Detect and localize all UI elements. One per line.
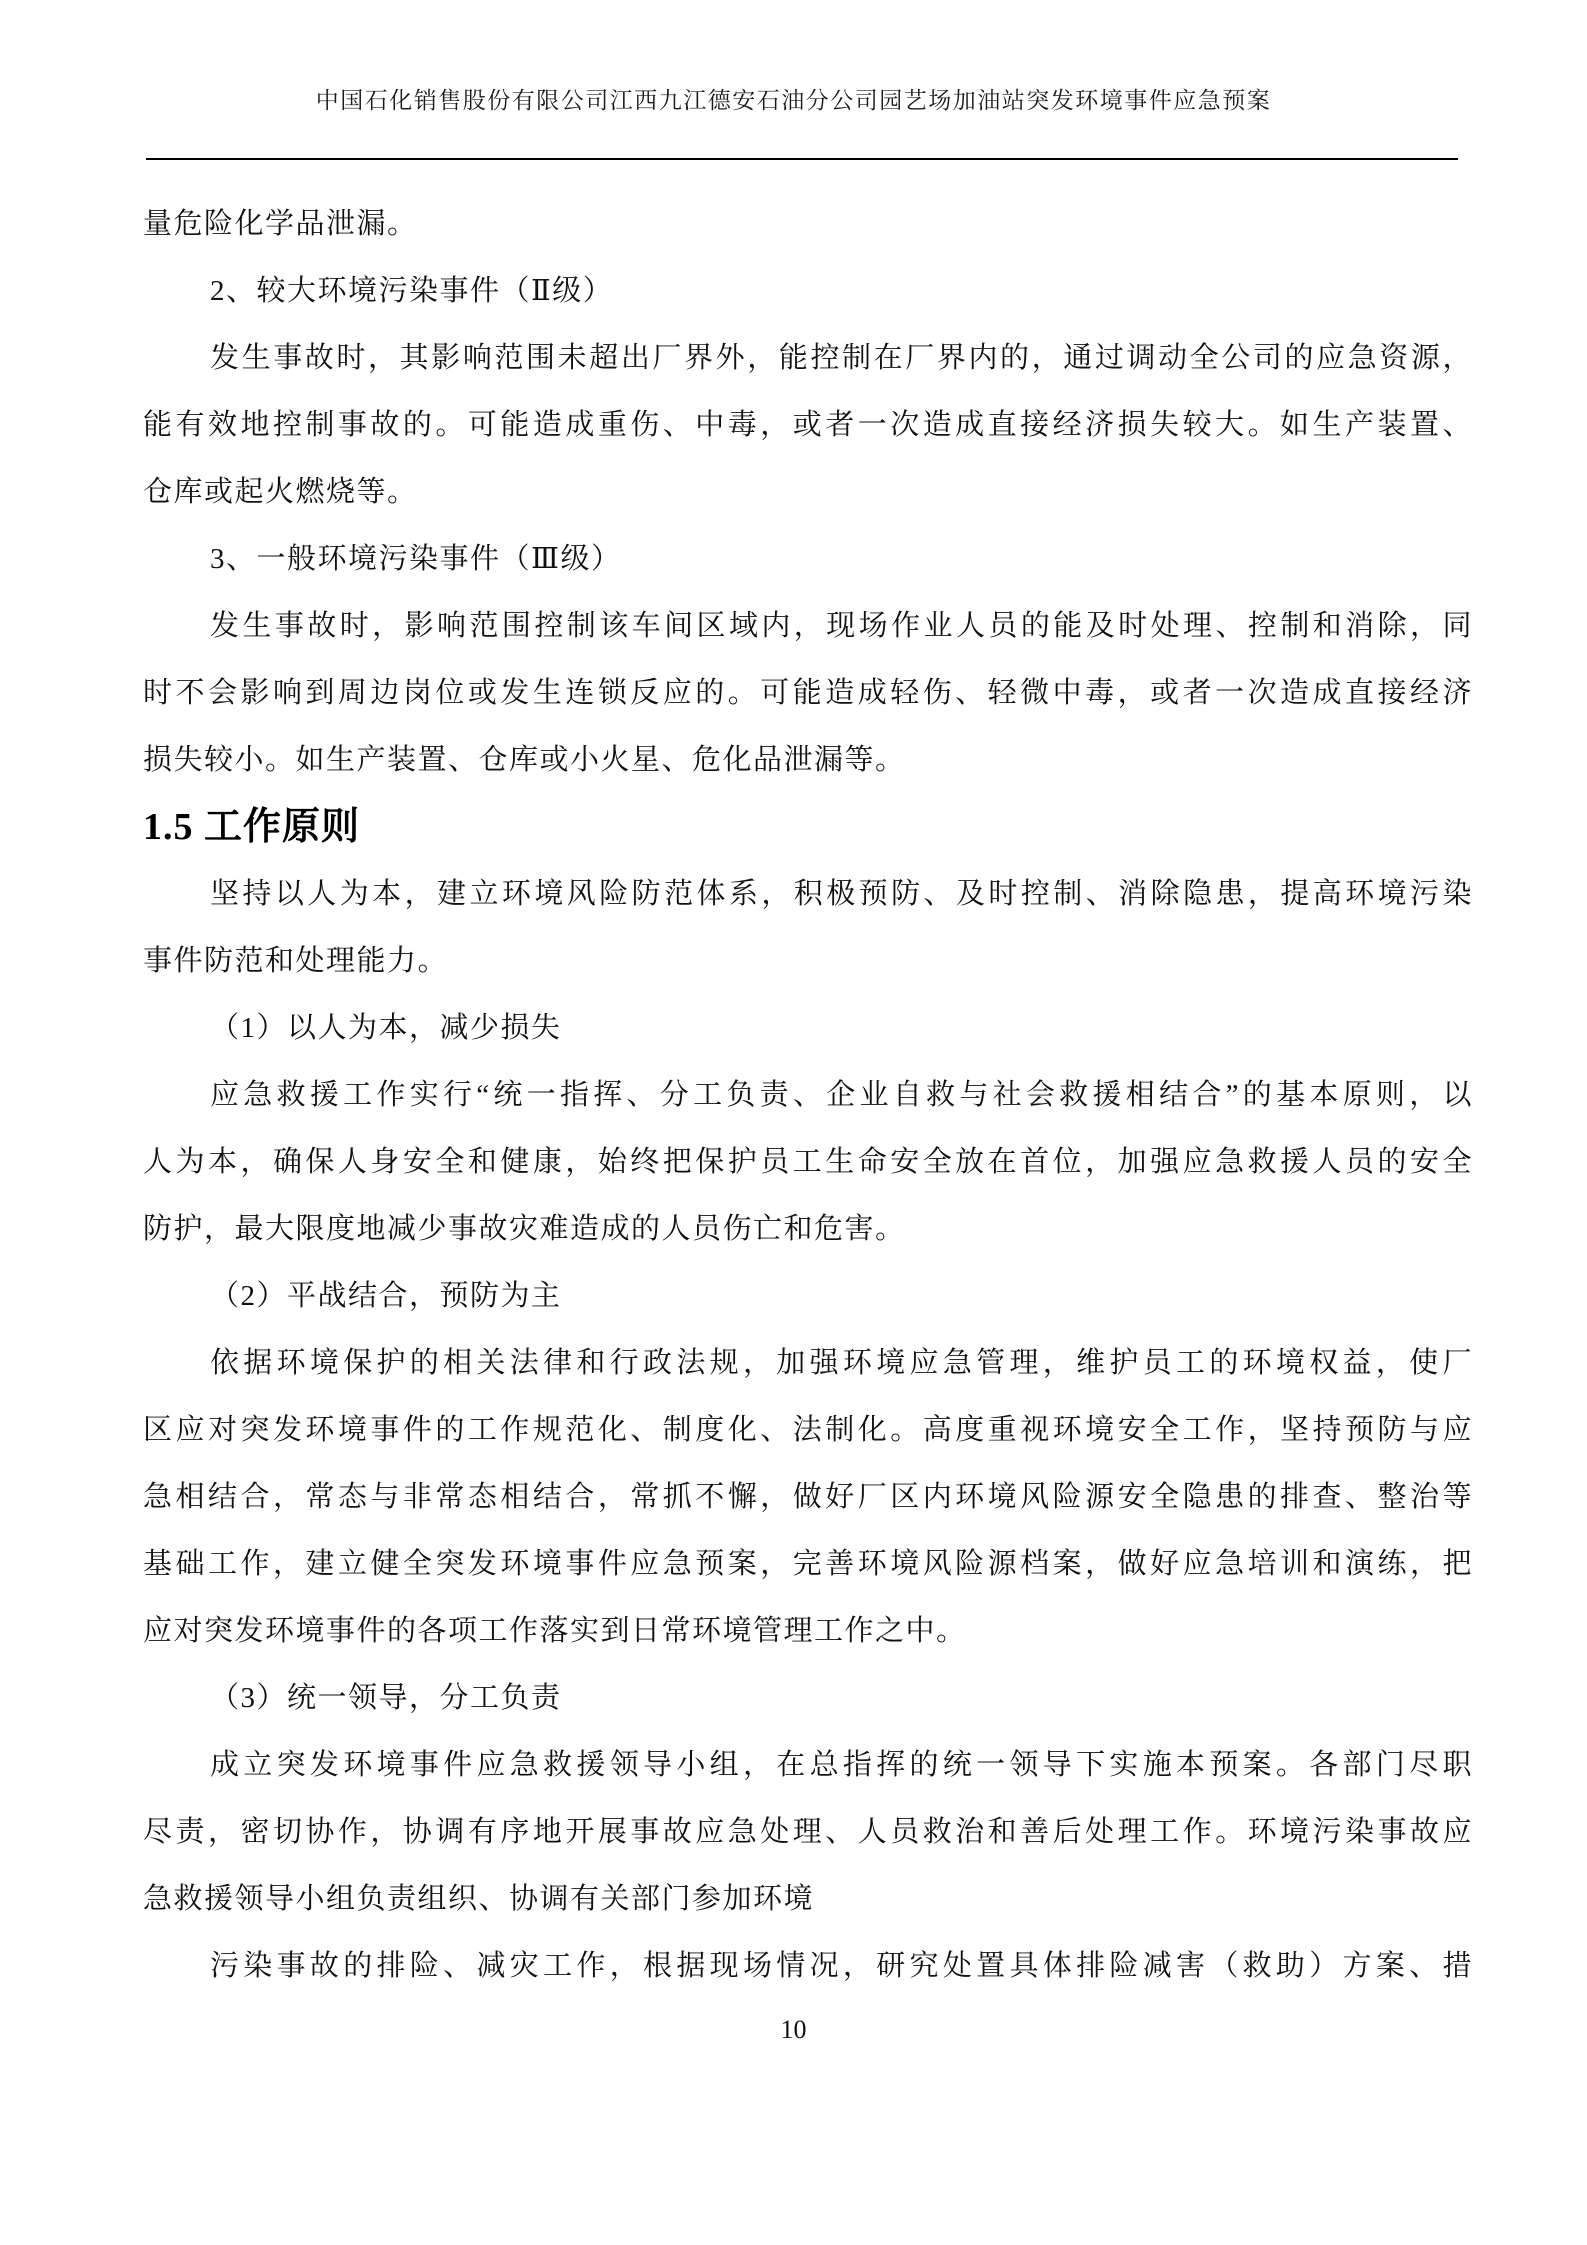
text-line: 防护，最大限度地减少事故灾难造成的人员伤亡和危害。 (143, 1196, 1473, 1263)
text-line: 仓库或起火燃烧等。 (143, 459, 1473, 526)
text-line: 尽责，密切协作，协调有序地开展事故应急处理、人员救治和善后处理工作。环境污染事故… (143, 1799, 1473, 1866)
document-page: 中国石化销售股份有限公司江西九江德安石油分公司园艺场加油站突发环境事件应急预案 … (0, 0, 1587, 2245)
text-line: 依据环境保护的相关法律和行政法规，加强环境应急管理，维护员工的环境权益，使厂 (143, 1330, 1473, 1397)
text-line: 发生事故时，影响范围控制该车间区域内，现场作业人员的能及时处理、控制和消除，同 (143, 593, 1473, 660)
text-line: 事件防范和处理能力。 (143, 928, 1473, 995)
text-line: 污染事故的排险、减灾工作，根据现场情况，研究处置具体排险减害（救助）方案、措 (143, 1933, 1473, 2000)
text-line: （3）统一领导，分工负责 (143, 1665, 1473, 1732)
text-line: 区应对突发环境事件的工作规范化、制度化、法制化。高度重视环境安全工作，坚持预防与… (143, 1397, 1473, 1464)
text-line: 2、较大环境污染事件（Ⅱ级） (143, 258, 1473, 325)
text-line: 发生事故时，其影响范围未超出厂界外，能控制在厂界内的，通过调动全公司的应急资源， (143, 325, 1473, 392)
text-line: （1）以人为本，减少损失 (143, 995, 1473, 1062)
text-line: 时不会影响到周边岗位或发生连锁反应的。可能造成轻伤、轻微中毒，或者一次造成直接经… (143, 660, 1473, 727)
header-divider (146, 158, 1458, 160)
text-line: 3、一般环境污染事件（Ⅲ级） (143, 526, 1473, 593)
text-line: 应对突发环境事件的各项工作落实到日常环境管理工作之中。 (143, 1598, 1473, 1665)
text-line: 量危险化学品泄漏。 (143, 191, 1473, 258)
text-line: （2）平战结合，预防为主 (143, 1263, 1473, 1330)
text-line: 损失较小。如生产装置、仓库或小火星、危化品泄漏等。 (143, 727, 1473, 794)
text-line: 人为本，确保人身安全和健康，始终把保护员工生命安全放在首位，加强应急救援人员的安… (143, 1129, 1473, 1196)
text-line: 急相结合，常态与非常态相结合，常抓不懈，做好厂区内环境风险源安全隐患的排查、整治… (143, 1464, 1473, 1531)
page-number: 10 (0, 2012, 1587, 2048)
document-body: 量危险化学品泄漏。2、较大环境污染事件（Ⅱ级）发生事故时，其影响范围未超出厂界外… (143, 191, 1473, 2000)
text-line: 基础工作，建立健全突发环境事件应急预案，完善环境风险源档案，做好应急培训和演练，… (143, 1531, 1473, 1598)
text-line: 应急救援工作实行“统一指挥、分工负责、企业自救与社会救援相结合”的基本原则，以 (143, 1062, 1473, 1129)
section-heading: 1.5 工作原则 (143, 794, 1473, 861)
text-line: 坚持以人为本，建立环境风险防范体系，积极预防、及时控制、消除隐患，提高环境污染 (143, 861, 1473, 928)
text-line: 能有效地控制事故的。可能造成重伤、中毒，或者一次造成直接经济损失较大。如生产装置… (143, 392, 1473, 459)
text-line: 成立突发环境事件应急救援领导小组，在总指挥的统一领导下实施本预案。各部门尽职 (143, 1732, 1473, 1799)
text-line: 急救援领导小组负责组织、协调有关部门参加环境 (143, 1866, 1473, 1933)
running-header: 中国石化销售股份有限公司江西九江德安石油分公司园艺场加油站突发环境事件应急预案 (0, 82, 1587, 115)
